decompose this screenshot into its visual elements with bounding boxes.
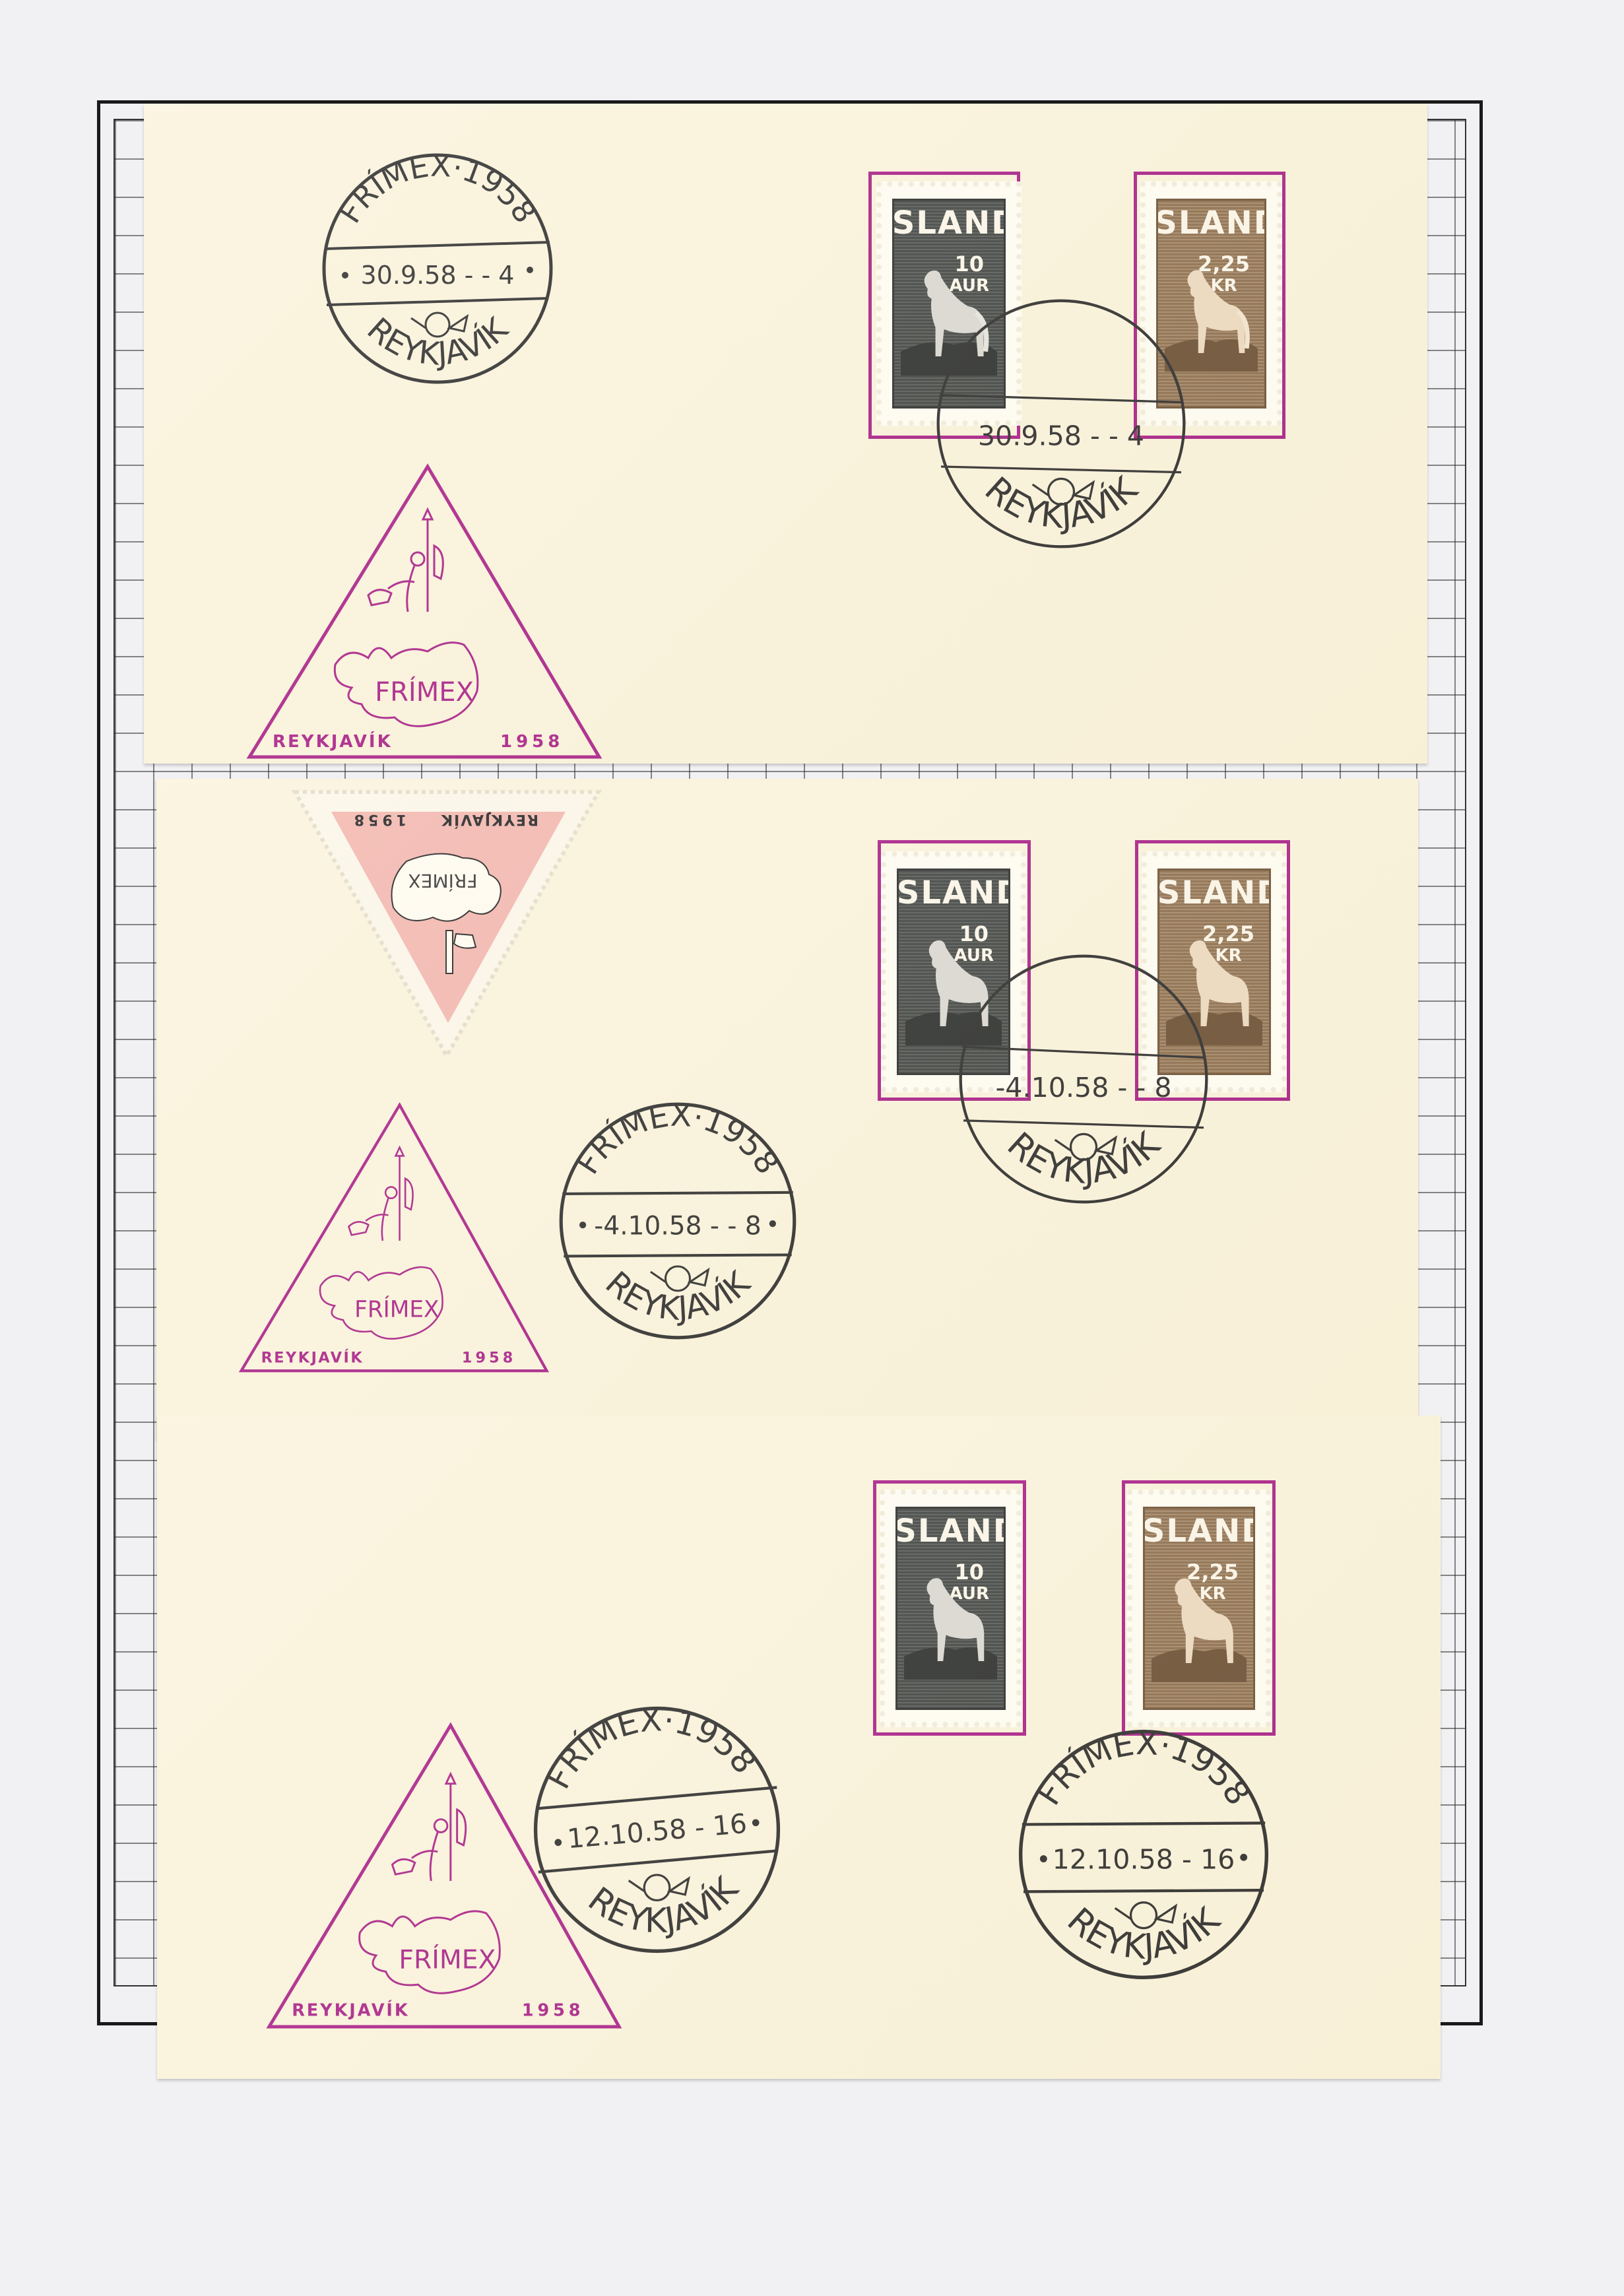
postmark-top-text: FRÍMEX·1958 <box>332 148 544 230</box>
stamp-10-aur[interactable]: ÍSLAND 10AUR <box>880 1490 1022 1727</box>
stamp-country: ÍSLAND <box>892 205 1006 242</box>
label-year: 1958 <box>350 811 406 828</box>
svg-text:REYKJAVÍK: REYKJAVÍK <box>598 1263 758 1328</box>
cover-1[interactable]: FRÍMEX·1958 30.9.58 - - 4 REYKJAVÍK ÍSLA… <box>144 104 1427 764</box>
frimex-label-inverted[interactable]: REYKJAVÍK 1958 FRÍMEX <box>292 789 602 1059</box>
svg-text:FRÍMEX·1958: FRÍMEX·1958 <box>569 1098 786 1181</box>
frimex-cachet: FRÍMEX REYKJAVÍK 1958 <box>236 1069 552 1412</box>
postmark: FRÍMEX·1958 12.10.58 - 16 REYKJAVÍK <box>1015 1726 1272 1983</box>
frimex-cachet: FRÍMEX REYKJAVÍK 1958 <box>263 1716 626 2046</box>
cachet-year: 1958 <box>462 1349 517 1366</box>
postmark-date: 30.9.58 - - 4 <box>978 420 1144 452</box>
frimex-cachet: FRÍMEX REYKJAVÍK 1958 <box>236 447 606 777</box>
cachet-year: 1958 <box>500 732 564 752</box>
cover-3[interactable]: ÍSLAND 10AUR ÍSLAND 2,25KR FRÍMEX·1958 1 <box>157 1416 1441 2079</box>
posthorn-icon <box>629 1875 689 1901</box>
cachet-city: REYKJAVÍK <box>261 1348 364 1366</box>
postmark: -4.10.58 - - 8 REYKJAVÍK <box>955 950 1212 1208</box>
postmark-date: -4.10.58 - - 8 <box>995 1072 1171 1103</box>
postmark-bottom-text: REYKJAVÍK <box>360 310 515 373</box>
stamp-2-25-kr[interactable]: ÍSLAND 2,25KR <box>1127 1490 1271 1727</box>
cachet-city: REYKJAVÍK <box>292 2000 409 2020</box>
label-city: REYKJAVÍK <box>440 811 538 828</box>
viking-figure-icon <box>348 1148 412 1241</box>
postmark-top-text: FRÍMEX·1958 <box>569 1098 786 1181</box>
label-title: FRÍMEX <box>408 870 478 892</box>
svg-text:REYKJAVÍK: REYKJAVÍK <box>1060 1899 1229 1967</box>
postmark-bottom-text: REYKJAVÍK <box>1060 1899 1229 1967</box>
svg-text:FRÍMEX·1958: FRÍMEX·1958 <box>332 148 544 230</box>
cachet-title: FRÍMEX <box>375 676 474 707</box>
cachet-title: FRÍMEX <box>399 1944 496 1975</box>
cachet-year: 1958 <box>522 2000 585 2020</box>
horse-icon <box>904 1568 997 1680</box>
svg-text:REYKJAVÍK: REYKJAVÍK <box>360 310 515 373</box>
postmark: 30.9.58 - - 4 REYKJAVÍK <box>932 295 1190 552</box>
postmark-top-text: FRÍMEX·1958 <box>1029 1724 1258 1812</box>
postmark-bottom-text: REYKJAVÍK <box>598 1263 758 1328</box>
postmark: FRÍMEX·1958 30.9.58 - - 4 REYKJAVÍK <box>319 150 556 387</box>
viking-figure-icon <box>392 1774 465 1881</box>
horse-icon <box>1152 1568 1247 1682</box>
postmark-date: 30.9.58 - - 4 <box>361 261 515 290</box>
svg-text:FRÍMEX·1958: FRÍMEX·1958 <box>1029 1724 1258 1812</box>
cachet-title: FRÍMEX <box>354 1296 439 1323</box>
viking-figure-icon <box>368 509 443 612</box>
postmark: FRÍMEX·1958 -4.10.58 - - 8 REYKJAVÍK <box>556 1099 800 1343</box>
postmark-date: 12.10.58 - 16 <box>1053 1844 1235 1876</box>
stamp-country: ÍSLAND <box>1156 205 1266 242</box>
cachet-city: REYKJAVÍK <box>273 731 393 752</box>
postmark-date: -4.10.58 - - 8 <box>594 1212 761 1241</box>
cover-2[interactable]: REYKJAVÍK 1958 FRÍMEX ÍSLAND 10AUR ÍSLAN… <box>156 779 1418 1439</box>
